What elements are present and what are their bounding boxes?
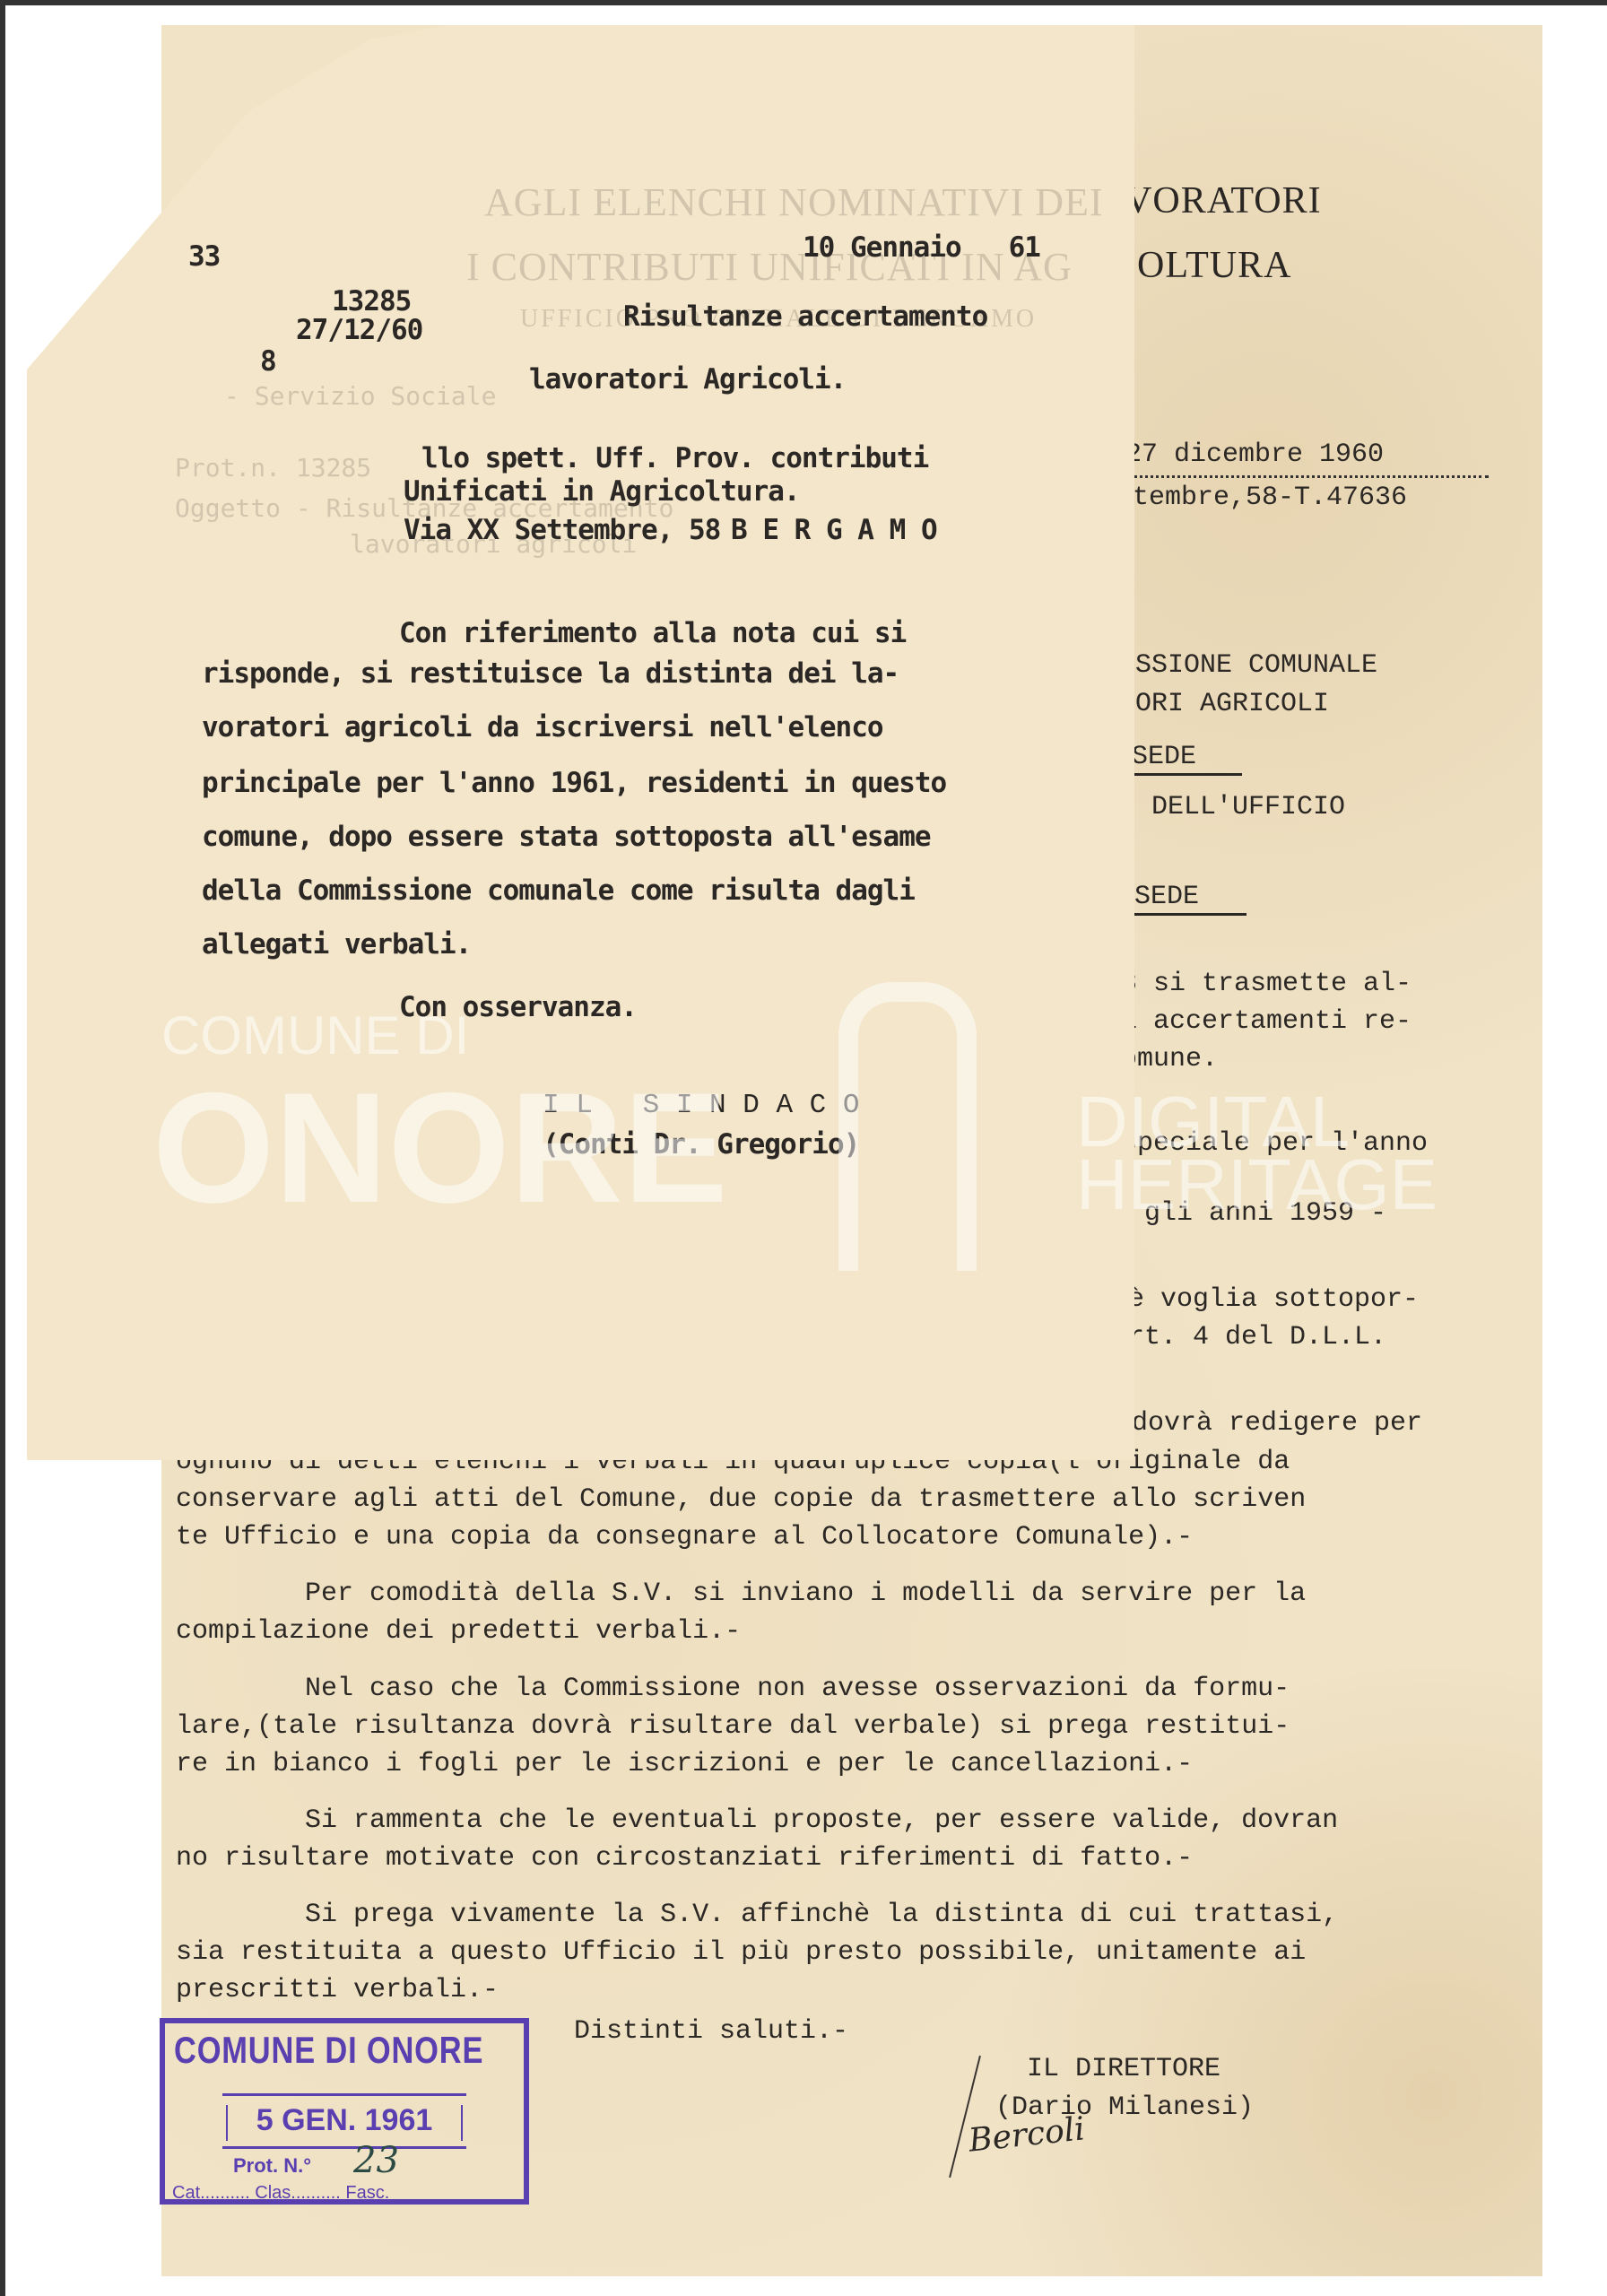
recipient1-sede: SEDE: [1132, 742, 1196, 772]
back-body-line-12: sia restituita a questo Ufficio il più p…: [176, 1937, 1306, 1968]
back-closing: Distinti saluti.-: [574, 2016, 848, 2047]
back-body-line-4: Per comodità della S.V. si inviano i mod…: [305, 1578, 1306, 1609]
sede-underline-2: [1121, 913, 1247, 916]
recipient-line2: Unificati in Agricoltura.: [404, 475, 800, 508]
prot-number: 13285: [332, 285, 411, 317]
recipient2-line1: E DELL'UFFICIO: [1119, 792, 1345, 822]
ghost-header-line1: AGLI ELENCHI NOMINATIVI DEI: [484, 179, 1104, 225]
watermark-comune-di: COMUNE DI: [161, 1004, 469, 1066]
back-letter-date: 27 dicembre 1960: [1125, 439, 1384, 470]
back-body-line-5: compilazione dei predetti verbali.-: [176, 1616, 741, 1647]
back-letter-address-ref: ttembre,58-T.47636: [1116, 483, 1407, 513]
slip-body-line-5: della Commissione comunale come risulta …: [202, 874, 915, 907]
sede-underline: [1121, 773, 1242, 776]
slip-body-line-6: allegati verbali.: [202, 928, 471, 961]
back-body-line-10: no risultare motivate con circostanziati…: [176, 1843, 1193, 1874]
watermark-heritage: HERITAGE: [1076, 1144, 1438, 1226]
back-signatory-title: IL DIRETTORE: [1027, 2054, 1220, 2084]
attachments-count: 8: [260, 345, 276, 378]
back-para3-line2: art. 4 del D.L.L.: [1112, 1322, 1386, 1352]
stamp-classification-fields: Cat.......... Clas.......... Fasc.: [172, 2183, 389, 2204]
back-para1-line3: omune.: [1121, 1044, 1218, 1074]
recipient-line1: llo spett. Uff. Prov. contributi: [421, 442, 928, 474]
stamp-title: COMUNE DI ONORE: [174, 2029, 483, 2072]
date-dotted-line: [1112, 475, 1489, 478]
recipient-city: B E R G A M O: [731, 514, 937, 546]
stamp-prot-number: 23: [353, 2140, 399, 2181]
recipient-line3: Via XX Settembre, 58: [404, 514, 720, 546]
back-para3-line1: hè voglia sottopor-: [1112, 1284, 1419, 1315]
scan-border-left: [0, 0, 5, 2296]
protocol-stamp: COMUNE DI ONORE 5 GEN. 1961 Prot. N.° 23…: [160, 2018, 529, 2205]
recipient2-sede: SEDE: [1134, 882, 1199, 912]
back-body-line-9: Si rammenta che le eventuali proposte, p…: [305, 1805, 1338, 1836]
ref-number: 33: [188, 240, 220, 273]
back-body-line-8: re in bianco i fogli per le iscrizioni e…: [176, 1749, 1193, 1779]
prot-date: 27/12/60: [296, 314, 422, 346]
back-body-line-11: Si prega vivamente la S.V. affinchè la d…: [305, 1900, 1338, 1930]
back-body-line-3: te Ufficio e una copia da consegnare al …: [176, 1522, 1193, 1552]
back-body-line-2: conservare agli atti del Comune, due cop…: [176, 1484, 1306, 1515]
ghost-prot: Prot.n. 13285: [175, 453, 371, 483]
back-body-line-13: prescritti verbali.-: [176, 1975, 499, 2005]
subject-line2: lavoratori Agricoli.: [529, 363, 846, 396]
recipient1-line2: TORI AGRICOLI: [1119, 689, 1329, 719]
ghost-service: - Servizio Sociale: [224, 381, 496, 411]
back-body-line-7: lare,(tale risultanza dovrà risultare da…: [176, 1711, 1290, 1742]
slip-body-line-2: voratori agricoli da iscriversi nell'ele…: [202, 711, 883, 744]
back-body-line-0: dovrà redigere per: [1132, 1408, 1422, 1439]
slip-date: 10 Gennaio 61: [803, 231, 1040, 264]
watermark-logo-icon: [838, 982, 977, 1271]
scan-border-top: [0, 0, 1607, 5]
slip-body-line-3: principale per l'anno 1961, residenti in…: [202, 767, 946, 799]
slip-body-line-0: Con riferimento alla nota cui si: [399, 617, 906, 649]
subject-line1: Risultanze accertamento: [623, 300, 987, 333]
recipient1-line1: ISSIONE COMUNALE: [1119, 650, 1377, 681]
stamp-date-box: 5 GEN. 1961: [222, 2093, 466, 2149]
back-para1-line1: 8 si trasmette al-: [1121, 969, 1412, 999]
slip-body-line-4: comune, dopo essere stata sottoposta all…: [202, 821, 931, 853]
stamp-prot-label: Prot. N.°: [233, 2154, 311, 2178]
stamp-date: 5 GEN. 1961: [222, 2103, 466, 2138]
slip-body-line-1: risponde, si restituisce la distinta dei…: [202, 657, 899, 690]
back-body-line-6: Nel caso che la Commissione non avesse o…: [305, 1674, 1290, 1704]
back-para1-line2: i accertamenti re-: [1121, 1006, 1412, 1037]
watermark-onore: ONORE: [152, 1058, 728, 1239]
